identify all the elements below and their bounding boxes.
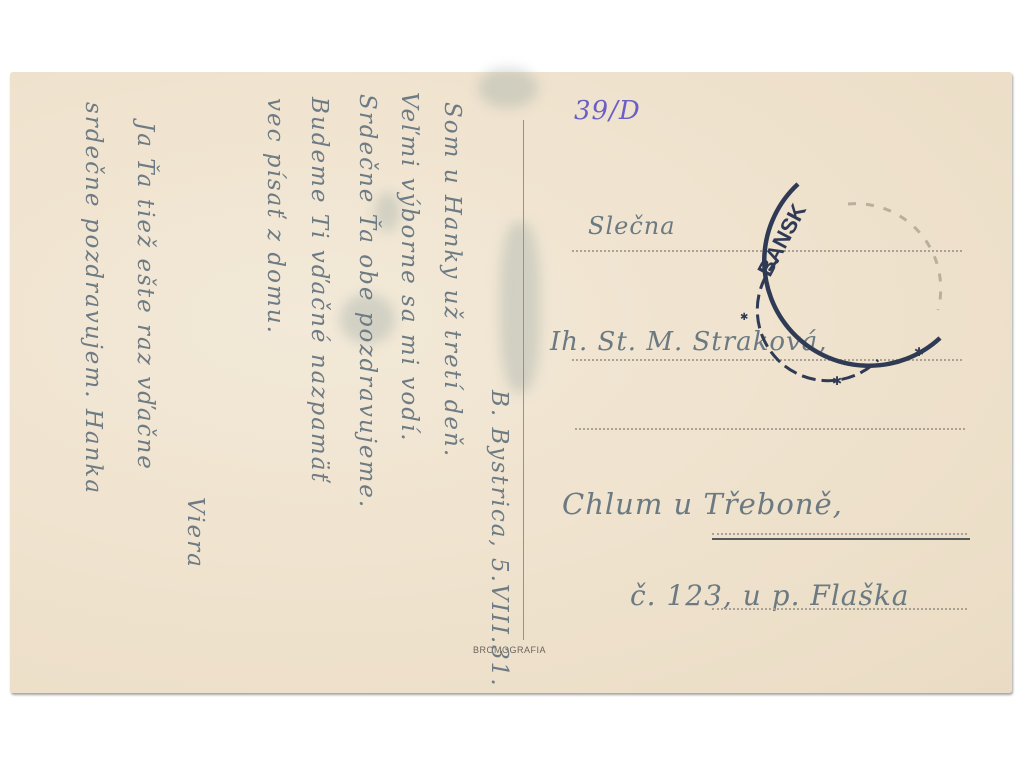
postmark-text: BANSK [752,199,811,280]
message-line: srdečne pozdravujem. Hanka [80,102,106,495]
reference-mark: 39/D [574,96,641,126]
message-line: Som u Hanky už tretí deň. [439,102,465,458]
postcard: BROMOGRAFIA 39/D Slečna Ih. St. M. Strak… [10,72,1012,693]
water-stain [478,68,538,108]
message-line: Veľmi výborne sa mi vodí. [396,92,422,443]
address-line-4: Chlum u Třeboně, [562,487,843,521]
message-line: Ja Ťa tiež ešte raz vďačne [132,122,158,471]
message-place-date: B. Bystrica, 5.VIII.31. [486,390,512,688]
message-signature-viera: Viera [182,497,208,569]
svg-text:✱: ✱ [832,374,842,388]
address-rule-4 [712,533,967,535]
address-rule-3 [575,428,965,430]
postmark-icon: BANSK ✱ ✱ ✱ [728,170,958,400]
center-divider [523,120,524,640]
water-stain [500,222,540,392]
svg-text:✱: ✱ [914,345,924,359]
message-line: Srdečne Ťa obe pozdravujeme. [354,94,380,509]
message-line: vec písať z domu. [262,98,288,335]
message-line: Budeme Ti vďačné nazpamäť [306,97,332,484]
address-line-1: Slečna [588,212,676,240]
address-rule-5 [712,608,967,610]
svg-text:✱: ✱ [740,312,748,323]
address-underline [712,538,970,540]
